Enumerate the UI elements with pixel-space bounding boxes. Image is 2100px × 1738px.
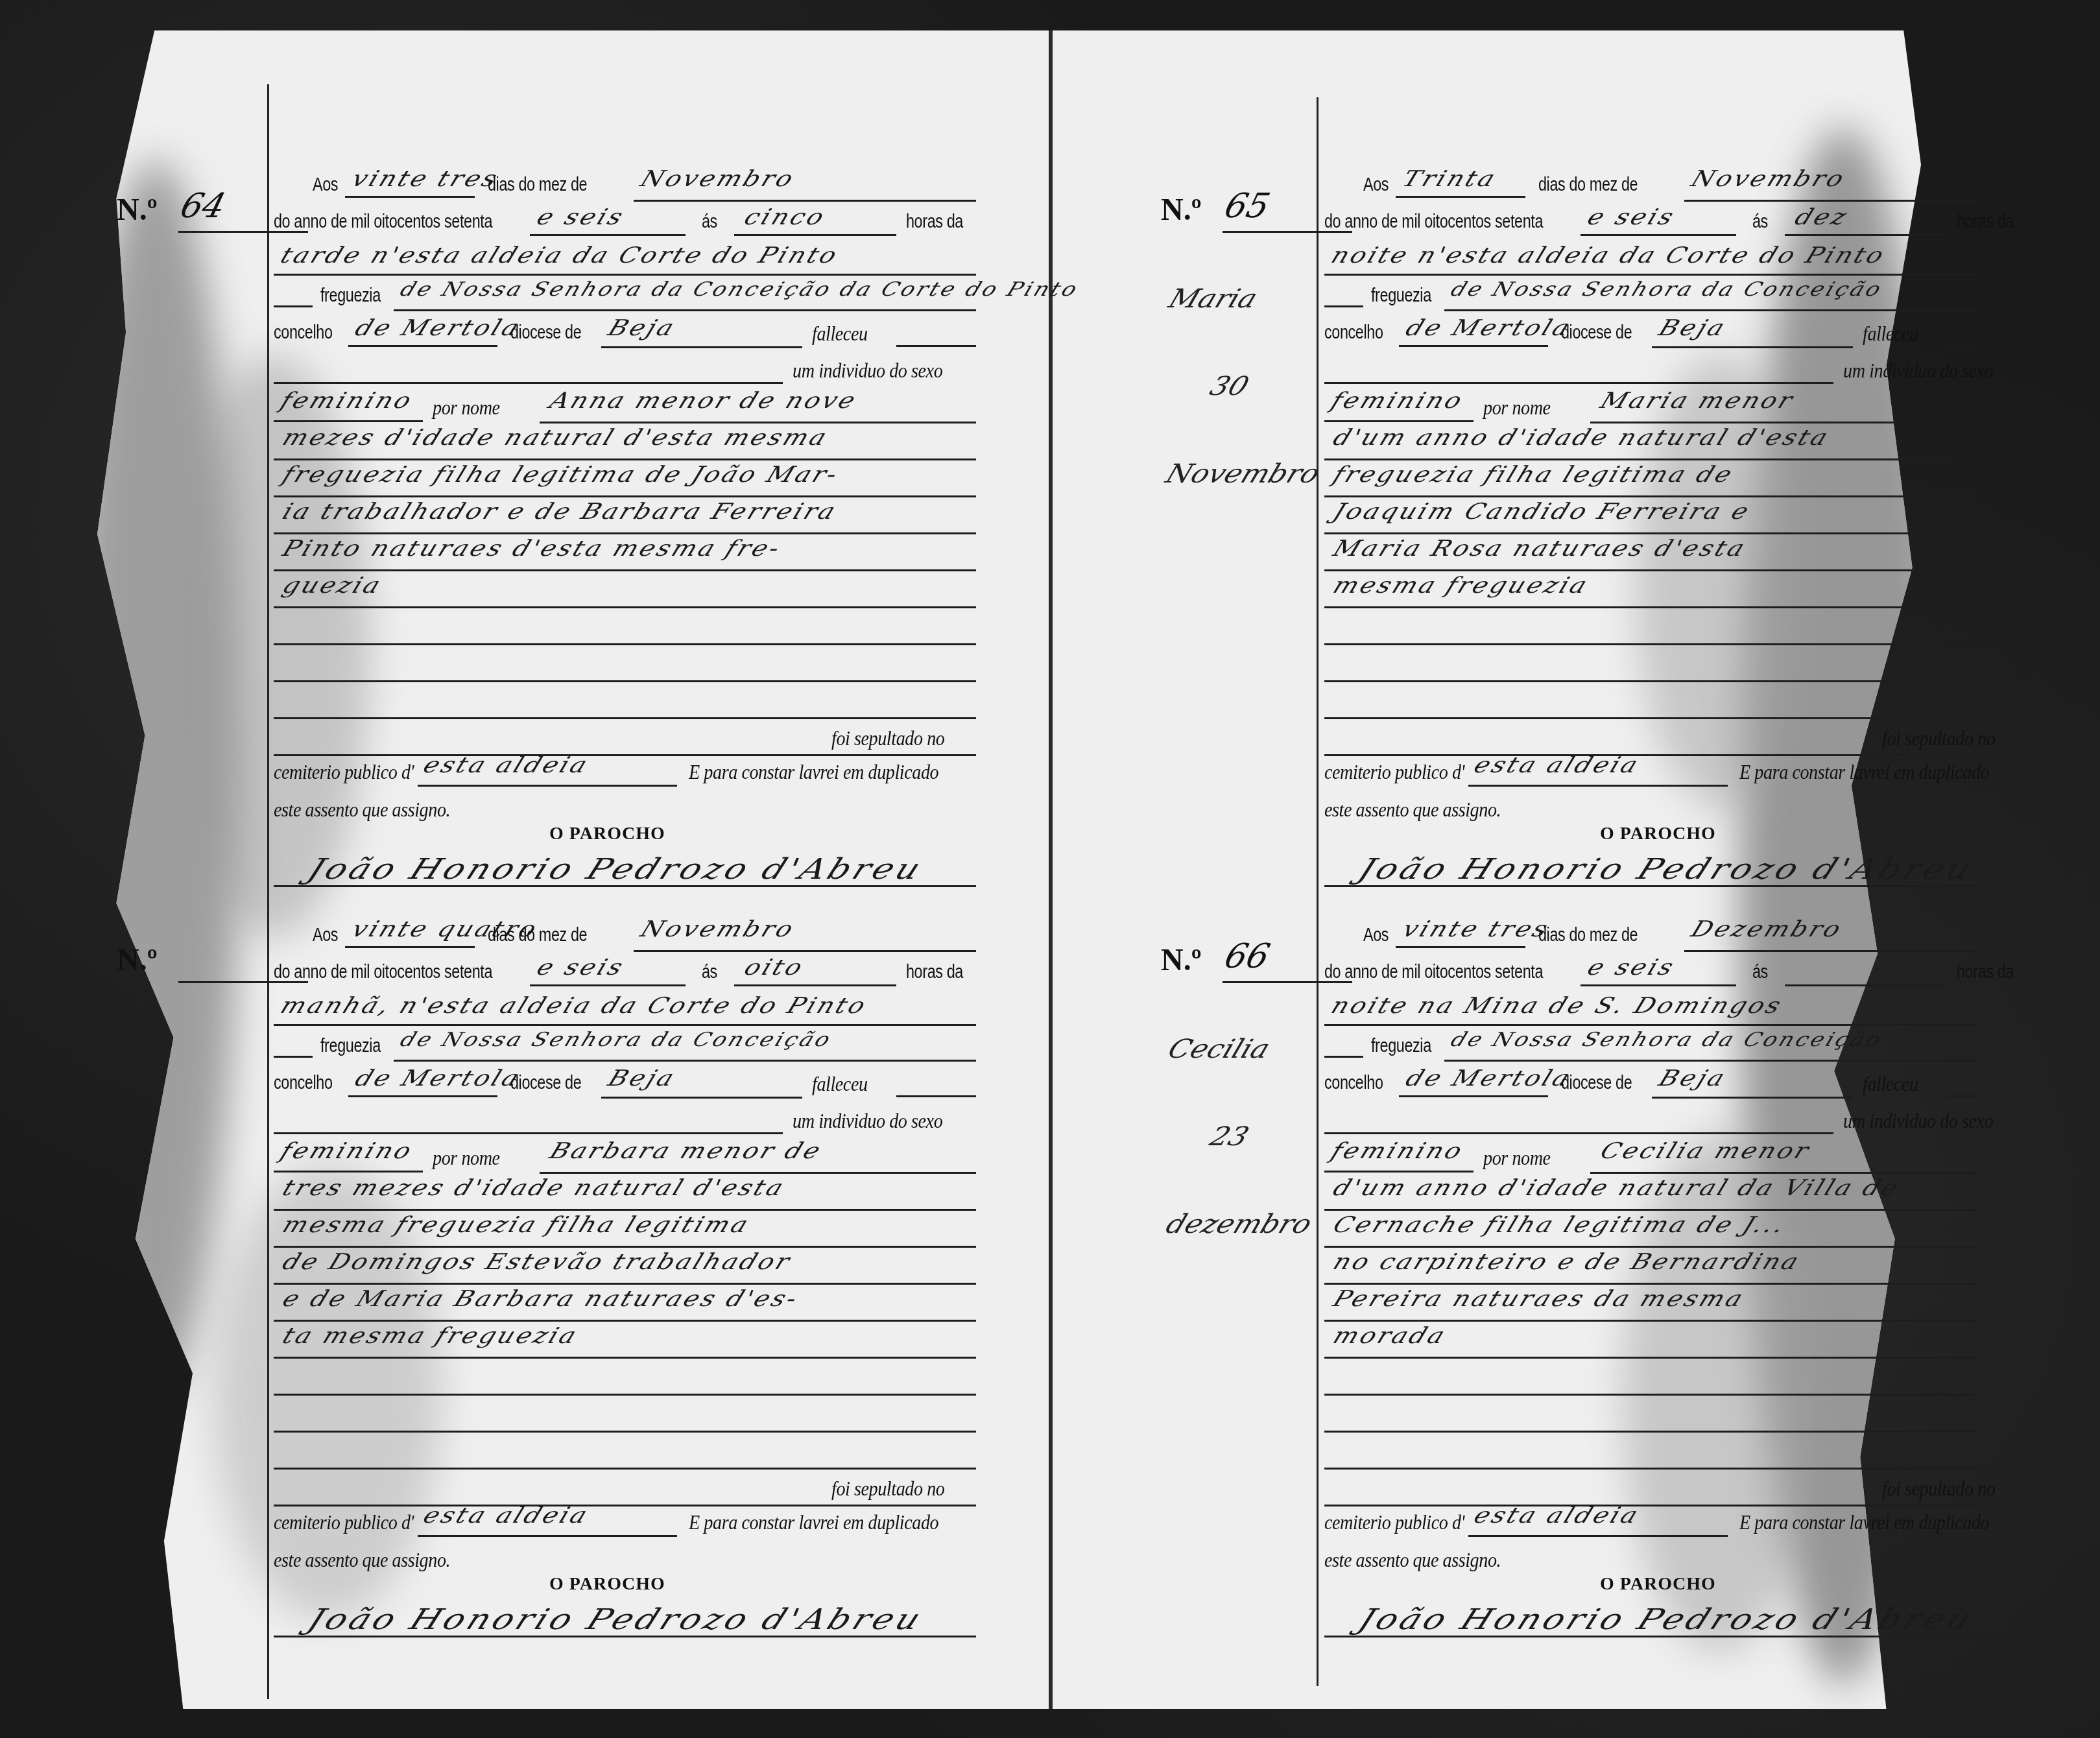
fill-line [274,305,313,307]
fill-line [1581,984,1736,986]
fill-line [1652,346,1853,348]
label-falleceu: falleceu [812,322,868,346]
field-concelho: de Mertola [1402,1065,1575,1091]
fill-line [540,422,976,423]
field-dia: vinte tres [1399,916,1553,942]
parish-priest-signature: João Honorio Pedrozo d'Abreu [1354,853,1979,886]
label-horas-da: horas da [1957,961,2014,983]
field-mez: Novembro [1688,166,1850,192]
fill-line [1684,950,1978,952]
field-anno: e seis [1584,204,1679,230]
label-cemiterio: cemiterio publico d' [274,760,414,784]
label-falleceu: falleceu [812,1072,868,1096]
fill-line [1324,1171,1474,1173]
fill-line [1324,643,1978,645]
margin-note: dezembro [1162,1209,1317,1239]
fill-line [1324,1246,1978,1248]
fill-line [274,420,423,422]
fill-line [274,1024,976,1026]
fill-line [1396,946,1525,948]
field-concelho: de Mertola [352,1065,525,1091]
field-nome: Maria menor [1597,388,1798,414]
label-concelho: concelho [274,1072,333,1094]
fill-line [1324,717,1978,719]
field-nome-continued: Cernache filha legitima de J... [1330,1212,1790,1238]
fill-line [1324,532,1978,534]
fill-line [540,1172,976,1174]
field-cemiterio: esta aldeia [420,1503,593,1529]
label-diocese: diocese de [1561,1072,1632,1094]
label-parocho: O PAROCHO [549,1574,665,1595]
label-este-assento: este assento que assigno. [274,798,450,822]
fill-line [1444,309,1978,311]
fill-line [1324,1357,1978,1359]
field-mez: Dezembro [1688,916,1846,942]
label-falleceu: falleceu [1863,322,1918,346]
margin-note: Maria [1165,284,1261,314]
fill-line [1324,420,1474,422]
fill-line [274,1246,976,1248]
fill-line [1785,984,1947,986]
label-falleceu: falleceu [1863,1072,1918,1096]
fill-line [1324,1320,1978,1322]
field-cemiterio: esta aldeia [1470,1503,1643,1529]
field-nome-continued: morada [1330,1323,1451,1349]
fill-line [394,1060,976,1062]
fill-line [274,717,976,719]
fill-line [274,458,976,460]
entry-number-label: N.º [117,942,158,978]
label-cemiterio: cemiterio publico d' [1324,760,1464,784]
label-freguezia: freguezia [1371,285,1431,307]
label-aos: Aos [1363,924,1389,946]
fill-line [1324,305,1363,307]
field-sexo: feminino [1328,388,1468,414]
fill-line [1324,1024,1978,1026]
label-concelho: concelho [274,322,333,344]
fill-line [418,1535,677,1537]
fill-line [274,569,976,571]
field-nome-continued: freguezia filha legitima de João Mar- [279,462,843,488]
fill-line [274,1056,313,1058]
fill-line [896,345,976,347]
fill-line [274,643,976,645]
label-para-constar: E para constar lavrei em duplicado [689,760,938,784]
label-as: ás [1752,211,1768,233]
fill-line [1947,345,1978,347]
field-nome: Barbara menor de [546,1138,826,1164]
field-horas: cinco [741,204,829,230]
label-anno: do anno de mil oitocentos setenta [1324,211,1543,233]
field-nome-continued: tres mezes d'idade natural d'esta [279,1175,789,1201]
fill-line [896,1095,976,1097]
field-diocese: Beja [604,1065,680,1091]
parish-priest-signature: João Honorio Pedrozo d'Abreu [303,1603,929,1636]
field-freguezia: de Nossa Senhora da Conceição da Corte d… [397,278,1082,301]
fill-line [345,946,475,948]
label-diocese: diocese de [510,322,581,344]
field-horas: dez [1791,204,1852,230]
label-foi-sepultado: foi sepultado no [1882,726,1995,750]
field-sexo: feminino [277,1138,417,1164]
label-freguezia: freguezia [1371,1035,1431,1057]
fill-line [1324,495,1978,497]
parish-priest-signature: João Honorio Pedrozo d'Abreu [1354,1603,1979,1636]
margin-note: Novembro [1162,459,1324,489]
fill-line [348,1095,497,1097]
entry-number-label: N.º [1161,192,1202,228]
label-anno: do anno de mil oitocentos setenta [1324,961,1543,983]
field-anno: e seis [533,955,628,981]
field-periodo-local: noite na Mina de S. Domingos [1328,993,1787,1019]
field-freguezia: de Nossa Senhora da Conceição [1448,278,1886,301]
fill-line [274,1505,976,1506]
margin-note: Cecilia [1164,1034,1274,1064]
field-cemiterio: esta aldeia [420,752,593,778]
fill-line [274,1132,783,1134]
field-nome-continued: freguezia filha legitima de [1330,462,1737,488]
fill-line [634,200,976,202]
field-nome-continued: Pereira naturaes da mesma [1330,1286,1748,1312]
field-nome-continued: Pinto naturaes d'esta mesma fre- [279,536,785,562]
label-horas-da: horas da [906,961,963,983]
field-nome-continued: ta mesma freguezia [279,1323,582,1349]
field-freguezia: de Nossa Senhora da Conceição [1448,1029,1886,1051]
field-mez: Novembro [637,916,799,942]
fill-line [601,1097,802,1099]
label-parocho: O PAROCHO [1600,1574,1716,1595]
field-sexo: feminino [277,388,417,414]
label-diocese: diocese de [510,1072,581,1094]
label-parocho: O PAROCHO [1600,824,1716,844]
label-horas-da: horas da [1957,211,2014,233]
field-dia: Trinta [1399,166,1501,192]
fill-line [1590,1172,1978,1174]
fill-line [1324,1431,1978,1433]
fill-line [274,1320,976,1322]
label-este-assento: este assento que assigno. [1324,1548,1501,1572]
fill-line [274,1431,976,1433]
fill-line [345,196,475,198]
field-nome-continued: guezia [279,573,386,599]
label-um-individuo: um individuo do sexo [793,1109,942,1133]
field-nome-continued: d'um anno d'idade natural da Villa de [1330,1175,1904,1201]
field-nome-continued: no carpinteiro e de Bernardina [1330,1249,1804,1275]
label-freguezia: freguezia [320,285,381,307]
field-nome: Anna menor de nove [546,388,861,414]
field-cemiterio: esta aldeia [1470,752,1643,778]
label-dias-do-mez: dias do mez de [1538,924,1638,946]
field-diocese: Beja [1655,1065,1730,1091]
fill-line [274,274,976,276]
label-as: ás [1752,961,1768,983]
fill-line [274,495,976,497]
fill-line [1324,1056,1363,1058]
field-anno: e seis [1584,955,1679,981]
entry-number-label: N.º [117,192,158,228]
label-aos: Aos [313,924,338,946]
label-as: ás [702,211,717,233]
label-foi-sepultado: foi sepultado no [831,726,944,750]
fill-line [1324,1468,1978,1470]
fill-line [274,754,976,756]
fill-line [274,532,976,534]
fill-line [1324,274,1978,276]
field-nome-continued: Joaquim Candido Ferreira e [1330,499,1754,525]
entry-number-label: N.º [1161,942,1202,978]
fill-line [274,382,783,384]
fill-line [1324,885,1978,887]
label-dias-do-mez: dias do mez de [488,924,587,946]
field-concelho: de Mertola [1402,315,1575,341]
field-concelho: de Mertola [352,315,525,341]
field-nome-continued: ia trabalhador e de Barbara Ferreira [279,499,841,525]
fill-line [601,346,802,348]
field-dia: vinte tres [348,166,503,192]
fill-line [1399,1095,1548,1097]
field-freguezia: de Nossa Senhora da Conceição [397,1029,835,1051]
field-nome-continued: mesma freguezia [1330,573,1593,599]
fill-line [1324,1394,1978,1396]
fill-line [1652,1097,1853,1099]
fill-line [1785,234,1947,236]
field-nome-continued: mezes d'idade natural d'esta mesma [279,425,832,451]
fill-line [1324,458,1978,460]
fill-line [1468,1535,1728,1537]
fill-line [1324,569,1978,571]
field-nome-continued: e de Maria Barbara naturaes d'es- [279,1286,803,1312]
fill-line [530,234,686,236]
label-freguezia: freguezia [320,1035,381,1057]
fill-line [734,984,896,986]
field-nome: Cecilia menor [1597,1138,1815,1164]
field-nome-continued: mesma freguezia filha legitima [279,1212,754,1238]
label-cemiterio: cemiterio publico d' [274,1510,414,1534]
field-diocese: Beja [604,315,680,341]
fill-line [1324,1636,1978,1637]
fill-line [1324,606,1978,608]
fill-line [634,950,976,952]
label-concelho: concelho [1324,322,1383,344]
label-um-individuo: um individuo do sexo [793,359,942,383]
label-um-individuo: um individuo do sexo [1843,359,1993,383]
label-foi-sepultado: foi sepultado no [831,1477,944,1501]
fill-line [1396,196,1525,198]
fill-line [1324,1505,1978,1506]
fill-line [274,1636,976,1637]
field-horas: oito [741,955,808,981]
label-dias-do-mez: dias do mez de [1538,174,1638,196]
field-sexo: feminino [1328,1138,1468,1164]
label-aos: Aos [313,174,338,196]
label-parocho: O PAROCHO [549,824,665,844]
right-margin-rule [1317,97,1318,1686]
parish-priest-signature: João Honorio Pedrozo d'Abreu [303,853,929,886]
field-nome-continued: de Domingos Estevão trabalhador [279,1249,795,1275]
fill-line [1324,1132,1833,1134]
fill-line [274,1283,976,1285]
left-margin-rule [267,84,269,1699]
label-anno: do anno de mil oitocentos setenta [274,961,492,983]
label-concelho: concelho [1324,1072,1383,1094]
fill-line [348,345,497,347]
fill-line [1468,785,1728,787]
fill-line [1684,200,1978,202]
fill-line [394,309,976,311]
field-nome-continued: Maria Rosa naturaes d'esta [1330,536,1750,562]
label-um-individuo: um individuo do sexo [1843,1109,1993,1133]
fill-line [274,1394,976,1396]
label-por-nome: por nome [1483,396,1551,420]
label-por-nome: por nome [433,396,500,420]
fill-line [274,606,976,608]
fill-line [418,785,677,787]
label-por-nome: por nome [1483,1146,1551,1170]
fill-line [274,680,976,682]
fill-line [530,984,686,986]
fill-line [1324,754,1978,756]
label-as: ás [702,961,717,983]
label-para-constar: E para constar lavrei em duplicado [689,1510,938,1534]
fill-line [1444,1060,1978,1062]
fill-line [1590,422,1978,423]
fill-line [1324,1209,1978,1211]
field-periodo-local: noite n'esta aldeia da Corte do Pinto [1328,243,1889,268]
field-anno: e seis [533,204,628,230]
fill-line [274,885,976,887]
fill-line [734,234,896,236]
fill-line [274,1468,976,1470]
fill-line [1581,234,1736,236]
label-por-nome: por nome [433,1146,500,1170]
field-periodo-local: manhã, n'esta aldeia da Corte do Pinto [277,993,871,1019]
label-este-assento: este assento que assigno. [274,1548,450,1572]
label-diocese: diocese de [1561,322,1632,344]
fill-line [1324,680,1978,682]
label-para-constar: E para constar lavrei em duplicado [1739,1510,1989,1534]
field-mez: Novembro [637,166,799,192]
fill-line [1947,1095,1978,1097]
fill-line [1399,345,1548,347]
label-cemiterio: cemiterio publico d' [1324,1510,1464,1534]
label-aos: Aos [1363,174,1389,196]
fill-line [1324,382,1833,384]
fill-line [274,1171,423,1173]
fill-line [274,1357,976,1359]
fill-line [274,1209,976,1211]
fill-line [1324,1283,1978,1285]
label-este-assento: este assento que assigno. [1324,798,1501,822]
label-anno: do anno de mil oitocentos setenta [274,211,492,233]
field-periodo-local: tarde n'esta aldeia da Corte do Pinto [277,243,842,268]
label-foi-sepultado: foi sepultado no [1882,1477,1995,1501]
label-para-constar: E para constar lavrei em duplicado [1739,760,1989,784]
label-horas-da: horas da [906,211,963,233]
field-nome-continued: d'um anno d'idade natural d'esta [1330,425,1833,451]
field-diocese: Beja [1655,315,1730,341]
label-dias-do-mez: dias do mez de [488,174,587,196]
